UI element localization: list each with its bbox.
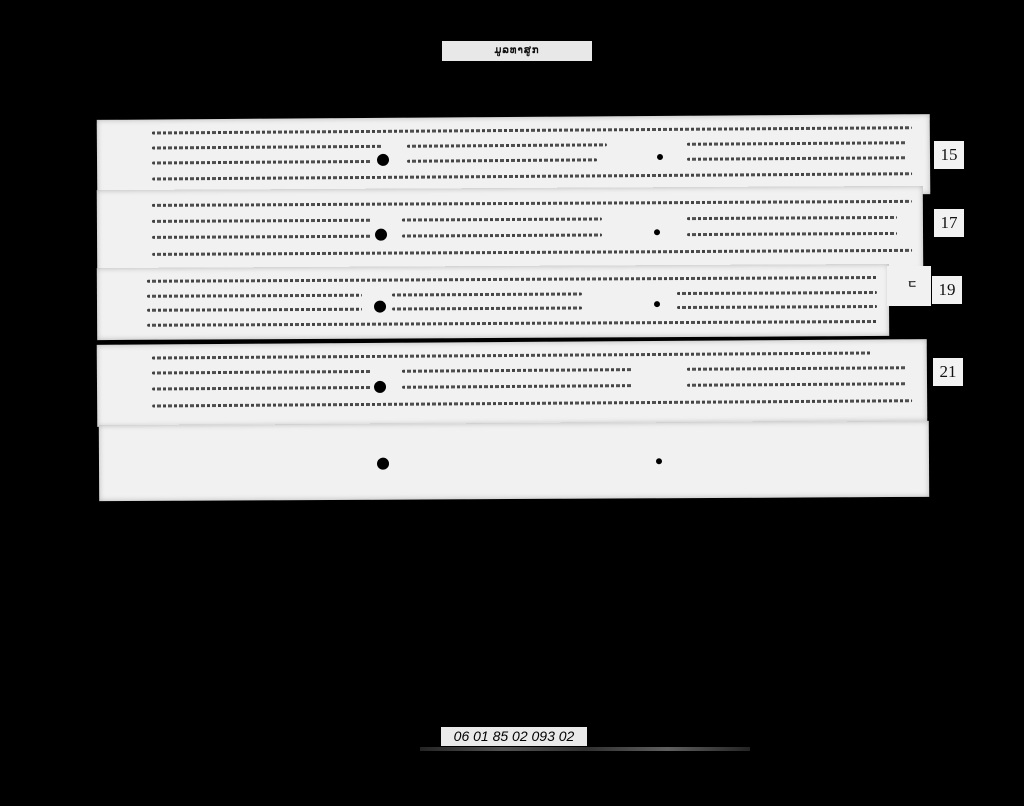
catalog-number-label: 06 01 85 02 093 02 — [441, 727, 587, 746]
binding-hole — [654, 301, 660, 307]
manuscript-leaf-19 — [97, 264, 889, 340]
binding-hole — [374, 301, 386, 313]
page-number-19: 19 — [932, 276, 962, 304]
binding-hole — [656, 458, 662, 464]
binding-hole — [654, 229, 660, 235]
manuscript-leaf-21 — [97, 339, 928, 427]
manuscript-leaf-17 — [97, 186, 923, 275]
margin-mark: ㄷ — [907, 276, 918, 292]
binding-hole — [377, 458, 389, 470]
manuscript-leaf-blank — [99, 421, 929, 501]
binding-hole — [377, 154, 389, 166]
label-edge — [420, 747, 750, 751]
binding-hole — [657, 154, 663, 160]
page-number-21: 21 — [933, 358, 963, 386]
leaf-19-margin-tab: ㄷ — [887, 266, 931, 306]
binding-hole — [375, 229, 387, 241]
page-number-15: 15 — [934, 141, 964, 169]
manuscript-title-label: ມູລທາສູກ — [442, 41, 592, 61]
page-number-17: 17 — [934, 209, 964, 237]
binding-hole — [374, 381, 386, 393]
